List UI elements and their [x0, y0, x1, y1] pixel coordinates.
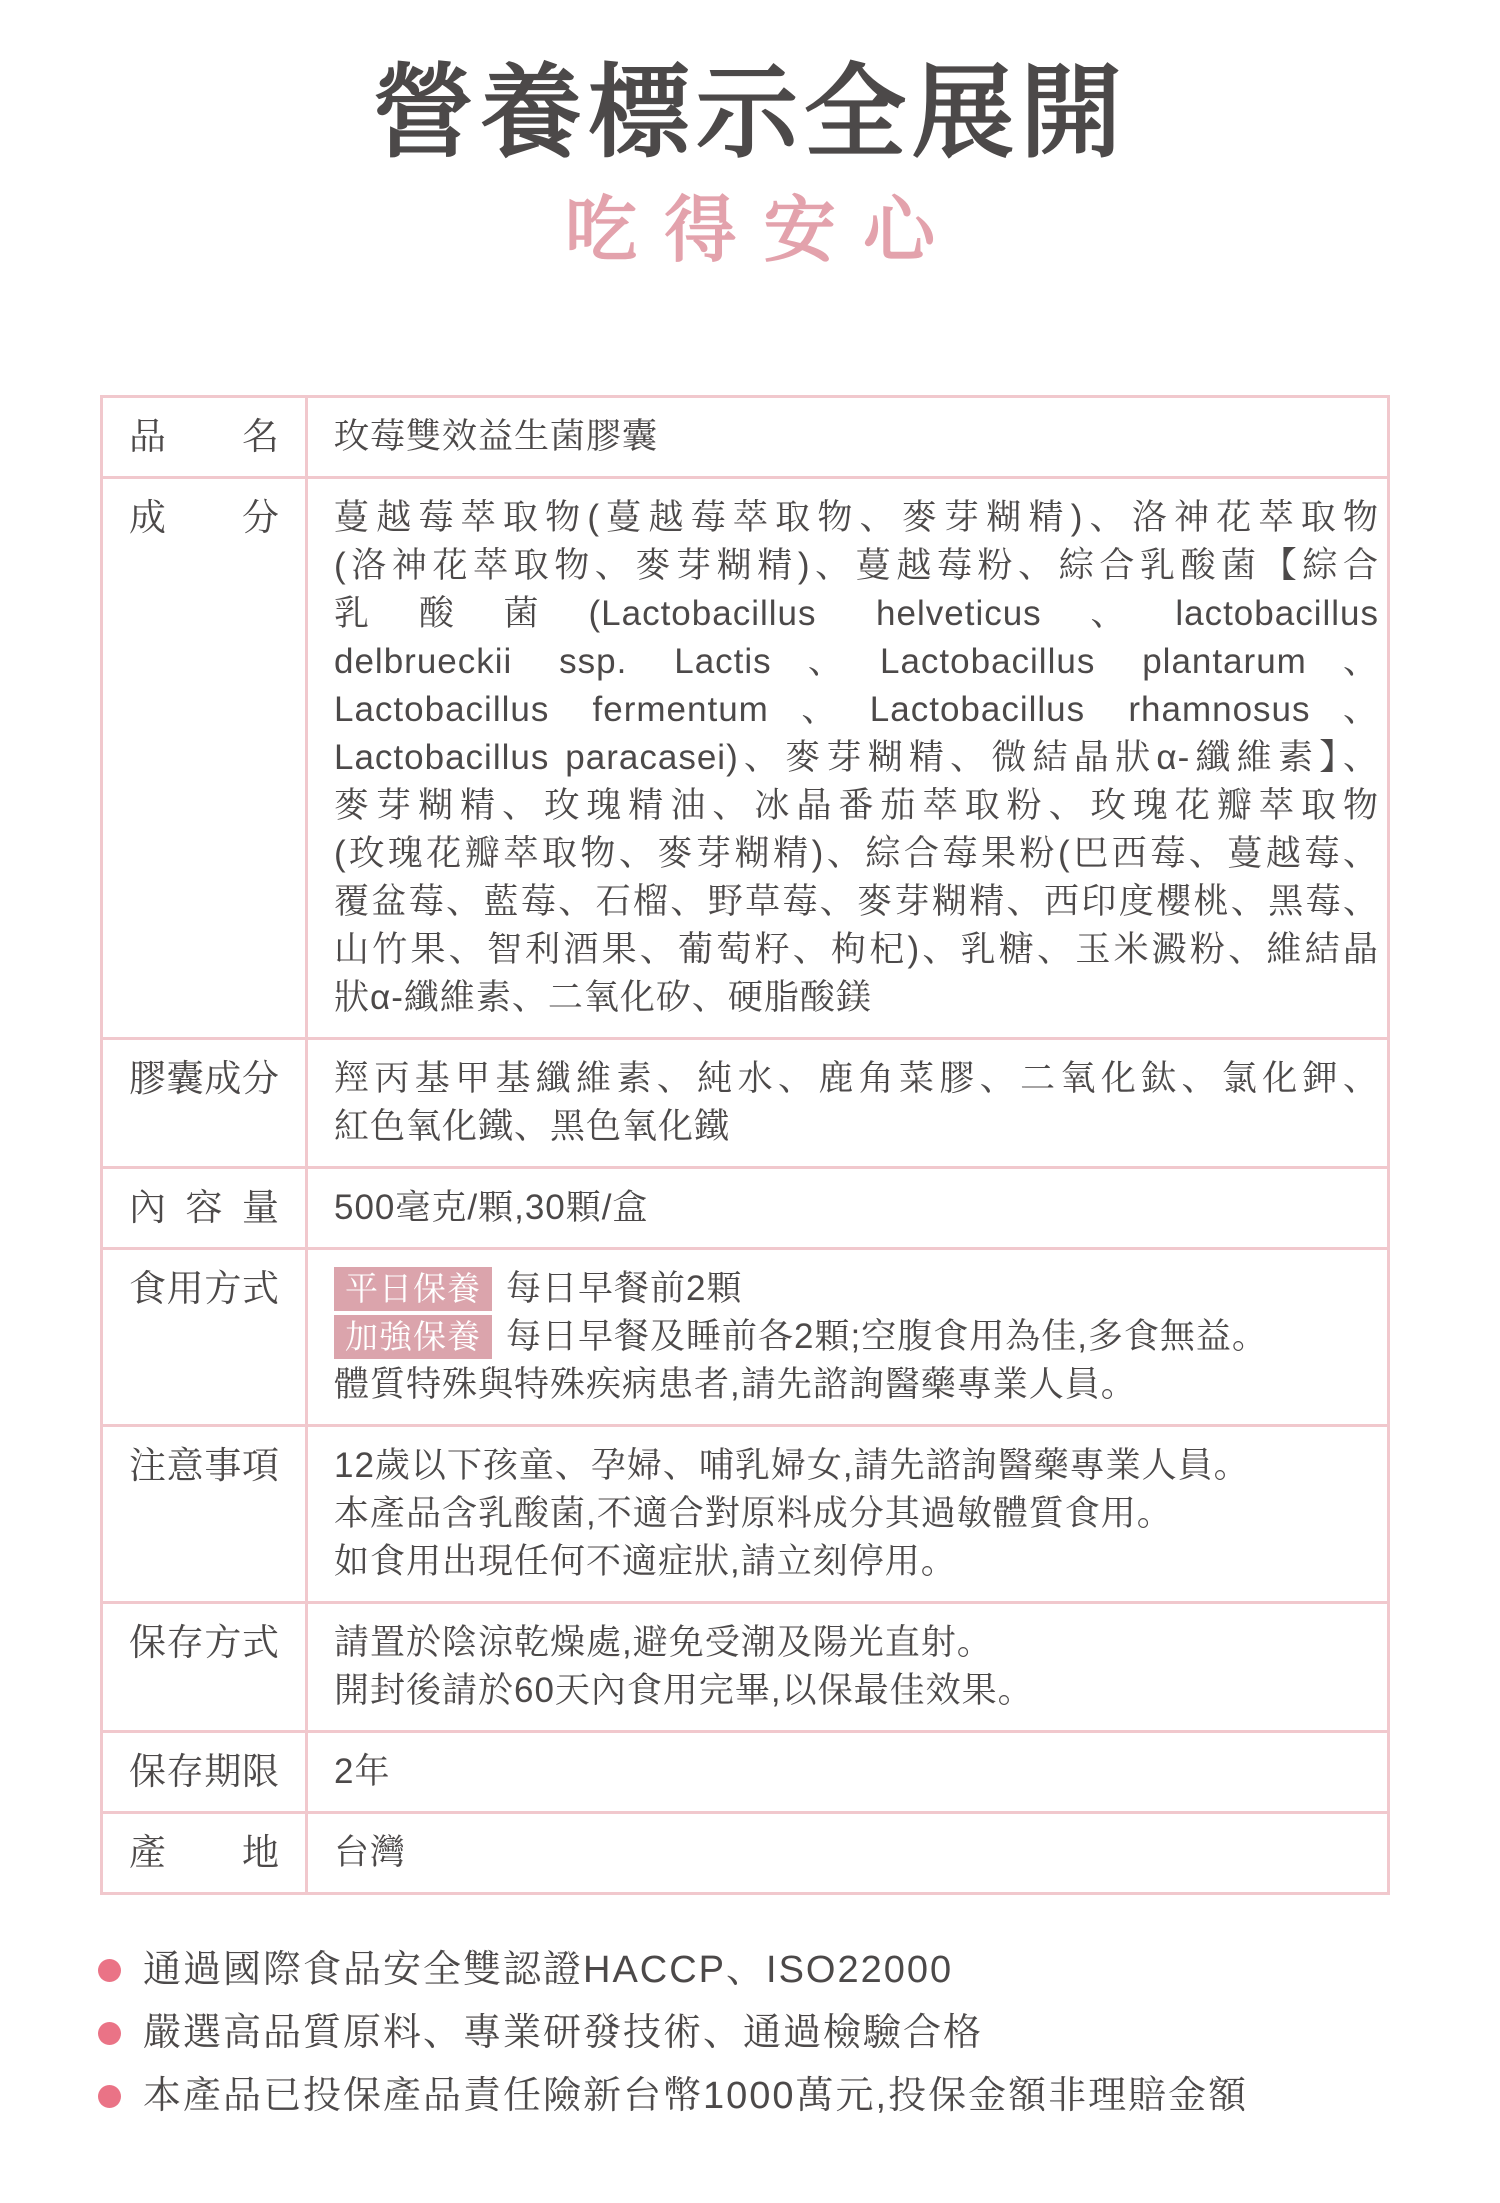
row-content-line: 體質特殊與特殊疾病患者,請先諮詢醫藥專業人員。 — [334, 1361, 1379, 1409]
row-content-line: 紅色氧化鐵、黑色氧化鐵 — [334, 1103, 1379, 1151]
row-label: 保存期限 — [103, 1733, 308, 1811]
product-spec-table: 品名 玫莓雙效益生菌膠囊 成分 蔓越莓萃取物(蔓越莓萃取物、麥芽糊精)、洛神花萃… — [100, 395, 1390, 1895]
row-content-line: 平日保養每日早餐前2顆 — [334, 1265, 1379, 1313]
row-content: 玫莓雙效益生菌膠囊 — [308, 398, 1387, 476]
list-item: 通過國際食品安全雙認證HACCP、ISO22000 — [98, 1945, 1500, 1995]
footnote-text: 本產品已投保產品責任險新台幣1000萬元,投保金額非理賠金額 — [143, 2071, 1248, 2121]
intensive-care-badge: 加強保養 — [334, 1315, 492, 1359]
table-row-origin: 產地 台灣 — [103, 1811, 1387, 1892]
daily-care-badge: 平日保養 — [334, 1267, 492, 1311]
row-content: 台灣 — [308, 1814, 1387, 1892]
row-content-line: 500毫克/顆,30顆/盒 — [334, 1184, 1379, 1232]
row-content: 2年 — [308, 1733, 1387, 1811]
bullet-icon — [98, 2085, 121, 2108]
table-row-storage-method: 保存方式 請置於陰涼乾燥處,避免受潮及陽光直射。 開封後請於60天內食用完畢,以… — [103, 1601, 1387, 1730]
row-content: 500毫克/顆,30顆/盒 — [308, 1169, 1387, 1247]
row-content-line: 覆盆莓、藍莓、石榴、野草莓、麥芽糊精、西印度櫻桃、黑莓、 — [334, 878, 1379, 926]
footnote-list: 通過國際食品安全雙認證HACCP、ISO22000 嚴選高品質原料、專業研發技術… — [98, 1945, 1500, 2121]
list-item: 嚴選高品質原料、專業研發技術、通過檢驗合格 — [98, 2008, 1500, 2058]
row-content-line: 麥芽糊精、玫瑰精油、冰晶番茄萃取粉、玫瑰花瓣萃取物 — [334, 782, 1379, 830]
usage-text: 每日早餐前2顆 — [506, 1269, 742, 1308]
row-content: 羥丙基甲基纖維素、純水、鹿角菜膠、二氧化鈦、氯化鉀、 紅色氧化鐵、黑色氧化鐵 — [308, 1040, 1387, 1166]
bullet-icon — [98, 1959, 121, 1982]
row-content-line: delbrueckii ssp. Lactis、Lactobacillus pl… — [334, 638, 1379, 686]
row-content-line: (洛神花萃取物、麥芽糊精)、蔓越莓粉、綜合乳酸菌【綜合 — [334, 542, 1379, 590]
row-content-line: 山竹果、智利酒果、葡萄籽、枸杞)、乳糖、玉米澱粉、維結晶 — [334, 926, 1379, 974]
row-content-line: Lactobacillus fermentum、Lactobacillus rh… — [334, 686, 1379, 734]
row-label: 食用方式 — [103, 1250, 308, 1424]
row-content-line: 蔓越莓萃取物(蔓越莓萃取物、麥芽糊精)、洛神花萃取物 — [334, 494, 1379, 542]
row-content-line: 狀α-纖維素、二氧化矽、硬脂酸鎂 — [334, 974, 1379, 1022]
row-content: 平日保養每日早餐前2顆 加強保養每日早餐及睡前各2顆;空腹食用為佳,多食無益。 … — [308, 1250, 1387, 1424]
row-content-line: (玫瑰花瓣萃取物、麥芽糊精)、綜合莓果粉(巴西莓、蔓越莓、 — [334, 830, 1379, 878]
table-row-product-name: 品名 玫莓雙效益生菌膠囊 — [103, 398, 1387, 476]
row-label: 注意事項 — [103, 1427, 308, 1601]
row-content-line: 本產品含乳酸菌,不適合對原料成分其過敏體質食用。 — [334, 1490, 1379, 1538]
row-content-line: 2年 — [334, 1748, 1379, 1796]
list-item: 本產品已投保產品責任險新台幣1000萬元,投保金額非理賠金額 — [98, 2071, 1500, 2121]
row-label: 膠囊成分 — [103, 1040, 308, 1166]
row-content-line: 玫莓雙效益生菌膠囊 — [334, 413, 1379, 461]
table-row-usage: 食用方式 平日保養每日早餐前2顆 加強保養每日早餐及睡前各2顆;空腹食用為佳,多… — [103, 1247, 1387, 1424]
footnote-text: 嚴選高品質原料、專業研發技術、通過檢驗合格 — [143, 2008, 983, 2058]
usage-text: 每日早餐及睡前各2顆;空腹食用為佳,多食無益。 — [506, 1317, 1268, 1356]
row-content-line: 加強保養每日早餐及睡前各2顆;空腹食用為佳,多食無益。 — [334, 1313, 1379, 1361]
table-row-net-content: 內容量 500毫克/顆,30顆/盒 — [103, 1166, 1387, 1247]
table-row-ingredients: 成分 蔓越莓萃取物(蔓越莓萃取物、麥芽糊精)、洛神花萃取物 (洛神花萃取物、麥芽… — [103, 476, 1387, 1037]
row-content: 12歲以下孩童、孕婦、哺乳婦女,請先諮詢醫藥專業人員。 本產品含乳酸菌,不適合對… — [308, 1427, 1387, 1601]
row-content: 蔓越莓萃取物(蔓越莓萃取物、麥芽糊精)、洛神花萃取物 (洛神花萃取物、麥芽糊精)… — [308, 479, 1387, 1037]
row-label: 成分 — [103, 479, 308, 1037]
row-content-line: 台灣 — [334, 1829, 1379, 1877]
row-label: 保存方式 — [103, 1604, 308, 1730]
row-content-line: 開封後請於60天內食用完畢,以保最佳效果。 — [334, 1667, 1379, 1715]
row-content-line: 乳酸菌(Lactobacillus helveticus、lactobacill… — [334, 590, 1379, 638]
row-content: 請置於陰涼乾燥處,避免受潮及陽光直射。 開封後請於60天內食用完畢,以保最佳效果… — [308, 1604, 1387, 1730]
row-label: 品名 — [103, 398, 308, 476]
row-label: 內容量 — [103, 1169, 308, 1247]
row-content-line: Lactobacillus paracasei)、麥芽糊精、微結晶狀α-纖維素】… — [334, 734, 1379, 782]
table-row-shelf-life: 保存期限 2年 — [103, 1730, 1387, 1811]
row-content-line: 羥丙基甲基纖維素、純水、鹿角菜膠、二氧化鈦、氯化鉀、 — [334, 1055, 1379, 1103]
row-content-line: 12歲以下孩童、孕婦、哺乳婦女,請先諮詢醫藥專業人員。 — [334, 1442, 1379, 1490]
row-content-line: 如食用出現任何不適症狀,請立刻停用。 — [334, 1538, 1379, 1586]
footnote-text: 通過國際食品安全雙認證HACCP、ISO22000 — [143, 1945, 953, 1995]
row-label: 產地 — [103, 1814, 308, 1892]
page-title: 營養標示全展開 — [0, 52, 1500, 174]
table-row-capsule-ingredients: 膠囊成分 羥丙基甲基纖維素、純水、鹿角菜膠、二氧化鈦、氯化鉀、 紅色氧化鐵、黑色… — [103, 1037, 1387, 1166]
row-content-line: 請置於陰涼乾燥處,避免受潮及陽光直射。 — [334, 1619, 1379, 1667]
table-row-precautions: 注意事項 12歲以下孩童、孕婦、哺乳婦女,請先諮詢醫藥專業人員。 本產品含乳酸菌… — [103, 1424, 1387, 1601]
bullet-icon — [98, 2022, 121, 2045]
page-subtitle: 吃得安心 — [0, 190, 1500, 273]
